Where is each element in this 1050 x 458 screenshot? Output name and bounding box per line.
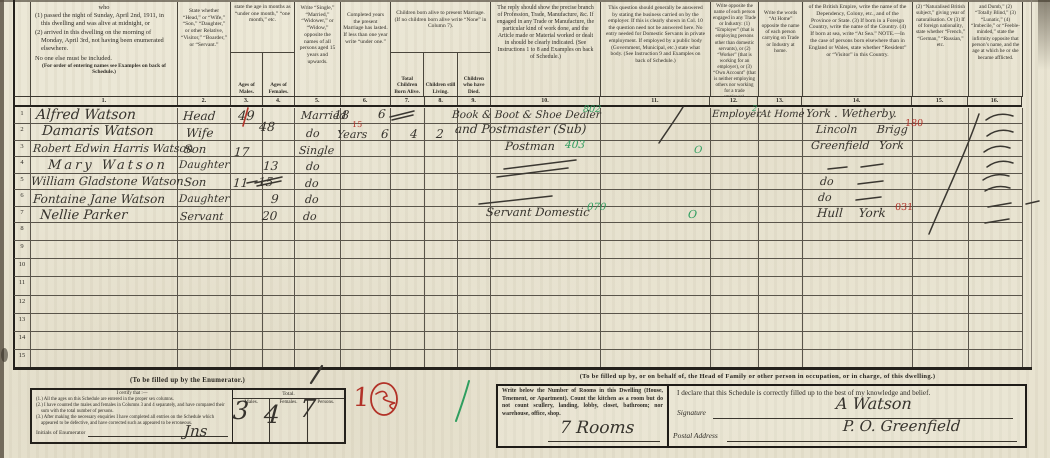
enumerator-section-title: (To be filled up by the Enumerator.) xyxy=(30,377,345,384)
entry-name: Mary Watson xyxy=(48,159,169,172)
header-col1-item2: (2) arrived in this dwelling on the morn… xyxy=(35,29,173,52)
entry-name: Damaris Watson xyxy=(42,125,155,139)
entry-age-female-struck: 15 xyxy=(258,176,274,188)
industry-check-mark: O xyxy=(694,146,703,156)
entry-children-born-struck: 6 xyxy=(378,108,386,120)
entry-children-born: 6 xyxy=(381,128,389,140)
table-row: 13 xyxy=(14,314,1022,332)
entry-occupation: and Postmaster (Sub) xyxy=(455,123,587,135)
entry-age-female: 48 xyxy=(259,121,276,134)
occupation-code: 403 xyxy=(565,140,586,151)
col-number-3: 3. xyxy=(230,97,262,105)
row-number-column-header xyxy=(14,2,30,97)
entry-years-married: Years xyxy=(337,129,368,140)
table-bottom-border xyxy=(13,367,1032,370)
entry-relation: Daughter xyxy=(179,194,230,205)
entry-marital: do xyxy=(306,128,320,139)
birthplace-code: 180 xyxy=(905,119,924,129)
table-row: 8 xyxy=(14,223,1022,241)
marriage-years-column-header: Completed years the present Marriage has… xyxy=(340,2,390,97)
column-rule xyxy=(600,108,601,368)
col-number-6: 6. xyxy=(340,97,390,105)
employment-status-column-header: Write opposite the name of each person e… xyxy=(710,2,758,97)
initials-label: Initials of Enumerator xyxy=(36,430,85,437)
column-rule xyxy=(424,108,425,368)
entry-at-home: At Home xyxy=(760,110,805,120)
column-rule xyxy=(390,108,391,368)
children-group-text: Children born alive to present Marriage.… xyxy=(391,2,490,52)
entry-occupation: Servant Domestic xyxy=(486,207,591,219)
red-circled-mark xyxy=(371,383,397,415)
rooms-instruction: Write below the Number of Rooms in this … xyxy=(502,388,663,417)
table-row: 9 xyxy=(14,241,1022,259)
rooms-count-value: 7 Rooms xyxy=(559,420,635,437)
col-number-16: 16. xyxy=(967,97,1021,105)
col-number-9: 9. xyxy=(457,97,490,105)
column-rule xyxy=(912,108,913,368)
relationship-column-header: State whether “Head,” or “Wife,” “Son,” … xyxy=(177,2,230,97)
entry-age-male: 17 xyxy=(234,146,250,158)
entry-name: Fontaine Jane Watson xyxy=(33,193,166,205)
certify-item-2: (2.) I have counted the males and female… xyxy=(36,403,228,415)
column-rule xyxy=(490,108,491,368)
entry-marital: Single xyxy=(299,145,335,156)
table-row: 14 xyxy=(14,332,1022,350)
status-check-mark: 2 xyxy=(752,105,758,113)
entry-age-male: 49 xyxy=(238,110,255,123)
green-slash-mark xyxy=(456,381,469,421)
entry-marital: do xyxy=(303,211,317,222)
entry-birthplace: do xyxy=(818,192,832,203)
enumerator-initials: Jns xyxy=(183,424,207,439)
signature-label: Signature xyxy=(677,408,706,417)
table-header: who (1) passed the night of Sunday, Apri… xyxy=(14,2,1023,97)
birthplace-code: 031 xyxy=(895,203,914,213)
entry-children-living: 4 xyxy=(410,128,418,140)
photo-left-edge xyxy=(0,0,4,458)
children-columns-header: Children born alive to present Marriage.… xyxy=(390,2,490,97)
col-number-12: 12. xyxy=(709,97,757,105)
entry-age-male: 11 xyxy=(233,177,249,189)
table-row: 10 xyxy=(14,259,1022,277)
ages-females-label: Ages of Females. xyxy=(262,53,294,97)
header-col1-item1: (1) passed the night of Sunday, April 2n… xyxy=(35,12,173,28)
column-rule xyxy=(1022,108,1023,368)
column-rule xyxy=(340,108,341,368)
entry-years-married: 18 xyxy=(334,109,350,121)
column-rule xyxy=(968,108,969,368)
column-rule xyxy=(262,108,263,368)
col-number-13: 13. xyxy=(757,97,801,105)
column-rule xyxy=(230,108,231,368)
entry-relation: Wife xyxy=(186,127,214,139)
entry-name: Alfred Watson xyxy=(36,108,137,122)
industry-column-header: This question should generally be answer… xyxy=(600,2,710,97)
column-rule xyxy=(710,108,711,368)
entry-children-died: 2 xyxy=(436,128,444,140)
years-corrected-mark: 15 xyxy=(352,121,363,129)
col-number-7: 7. xyxy=(390,97,424,105)
entry-relation: Daughter xyxy=(179,160,230,171)
entry-age-female: 13 xyxy=(263,160,279,172)
occupation-code: 802 xyxy=(583,105,602,115)
census-schedule-1911: who (1) passed the night of Sunday, Apri… xyxy=(0,0,1050,458)
age-columns-header: state the age in months as “under one mo… xyxy=(230,2,294,97)
ages-males-label: Ages of Males. xyxy=(231,53,262,97)
column-rule xyxy=(30,108,31,368)
table-row: 11 xyxy=(14,277,1022,295)
entry-age-female: 9 xyxy=(271,193,279,205)
head-of-family-box: Write below the Number of Rooms in this … xyxy=(496,384,1027,448)
sheet-edge-rule xyxy=(1031,0,1032,368)
entry-age-female: 20 xyxy=(262,210,278,222)
entry-birthplace: York . Wetherby. xyxy=(806,108,898,119)
header-col1-note: No one else must be included. xyxy=(35,55,173,63)
entry-relation: Servant xyxy=(180,211,224,222)
age-group-text: state the age in months as “under one mo… xyxy=(231,2,294,52)
entry-name: Nellie Parker xyxy=(40,209,128,222)
marital-column-header: Write “Single,” “Married,” “Widower,” or… xyxy=(294,2,340,97)
entry-marital: do xyxy=(305,178,319,189)
entry-name: William Gladstone Watson xyxy=(31,176,184,188)
column-number-strip: 1. 2. 3. 4. 5. 6. 7. 8. 9. 10. 11. 12. 1… xyxy=(14,96,1022,107)
col-number-5: 5. xyxy=(294,97,340,105)
ink-blot xyxy=(1,348,8,362)
table-row: 12 xyxy=(14,296,1022,314)
col-number-2: 2. xyxy=(177,97,230,105)
children-born-label: Total Children Born Alive. xyxy=(391,53,423,97)
address-writing-line xyxy=(727,441,1017,442)
column-rule xyxy=(802,108,803,368)
nationality-column-header: (2) “Naturalised British subject,” givin… xyxy=(912,2,968,97)
entry-birthplace: Hull York xyxy=(817,207,887,219)
children-living-label: Children still Living. xyxy=(423,53,456,97)
header-col1-intro: who xyxy=(35,4,173,12)
entry-occupation: Postman xyxy=(505,141,556,153)
entry-marital: do xyxy=(305,194,319,205)
col-number-4: 4. xyxy=(262,97,294,105)
at-home-column-header: Write the words “At Home” opposite the n… xyxy=(758,2,802,97)
total-males-value: 3 xyxy=(232,398,250,423)
entry-relation: Head xyxy=(183,110,216,122)
col-number-15: 15. xyxy=(911,97,967,105)
head-section-title: (To be filled up by, or on behalf of, th… xyxy=(480,373,1035,380)
entry-birthplace: Lincoln Brigg xyxy=(816,124,909,135)
corner-smudge xyxy=(1038,0,1050,70)
header-col1-order-note: (For order of entering names see Example… xyxy=(35,63,173,76)
entry-relation: Son xyxy=(184,177,207,189)
total-persons-value: 7 xyxy=(299,396,317,421)
industry-check-mark: O xyxy=(688,209,698,220)
col-number-8: 8. xyxy=(424,97,457,105)
entry-birthplace: do xyxy=(820,176,834,187)
col-number-14: 14. xyxy=(801,97,911,105)
birthplace-column-header: of the British Empire, write the name of… xyxy=(802,2,912,97)
entry-birthplace: Greenfield York xyxy=(811,140,905,151)
rooms-writing-line xyxy=(548,441,660,442)
infirmity-column-header: and Dumb,” (2) “Totally Blind,” (3) “Lun… xyxy=(968,2,1022,97)
entry-occupation: Book & Boot & Shoe Dealer xyxy=(452,110,601,121)
entry-marital: do xyxy=(306,161,320,172)
col-number-11: 11. xyxy=(599,97,709,105)
col-number-1: 1. xyxy=(30,97,177,105)
occupation-code: 070 xyxy=(587,203,607,213)
entry-relation: Son xyxy=(184,144,207,156)
postal-address-value: P. O. Greenfield xyxy=(842,419,960,434)
signature-value: A Watson xyxy=(835,396,912,412)
children-died-label: Children who have Died. xyxy=(457,53,490,97)
postal-address-label: Postal Address xyxy=(673,431,718,440)
column-rule xyxy=(758,108,759,368)
table-row: 15 xyxy=(14,350,1022,368)
occupation-column-header: The reply should show the precise branch… xyxy=(490,2,600,97)
total-females-value: 4 xyxy=(263,402,281,427)
column-rule xyxy=(457,108,458,368)
entry-name: Robert Edwin Harris Watson xyxy=(33,143,194,154)
name-column-header: who (1) passed the night of Sunday, Apri… xyxy=(30,2,177,97)
column-rule xyxy=(294,108,295,368)
red-tally-mark: 1 xyxy=(352,385,370,411)
